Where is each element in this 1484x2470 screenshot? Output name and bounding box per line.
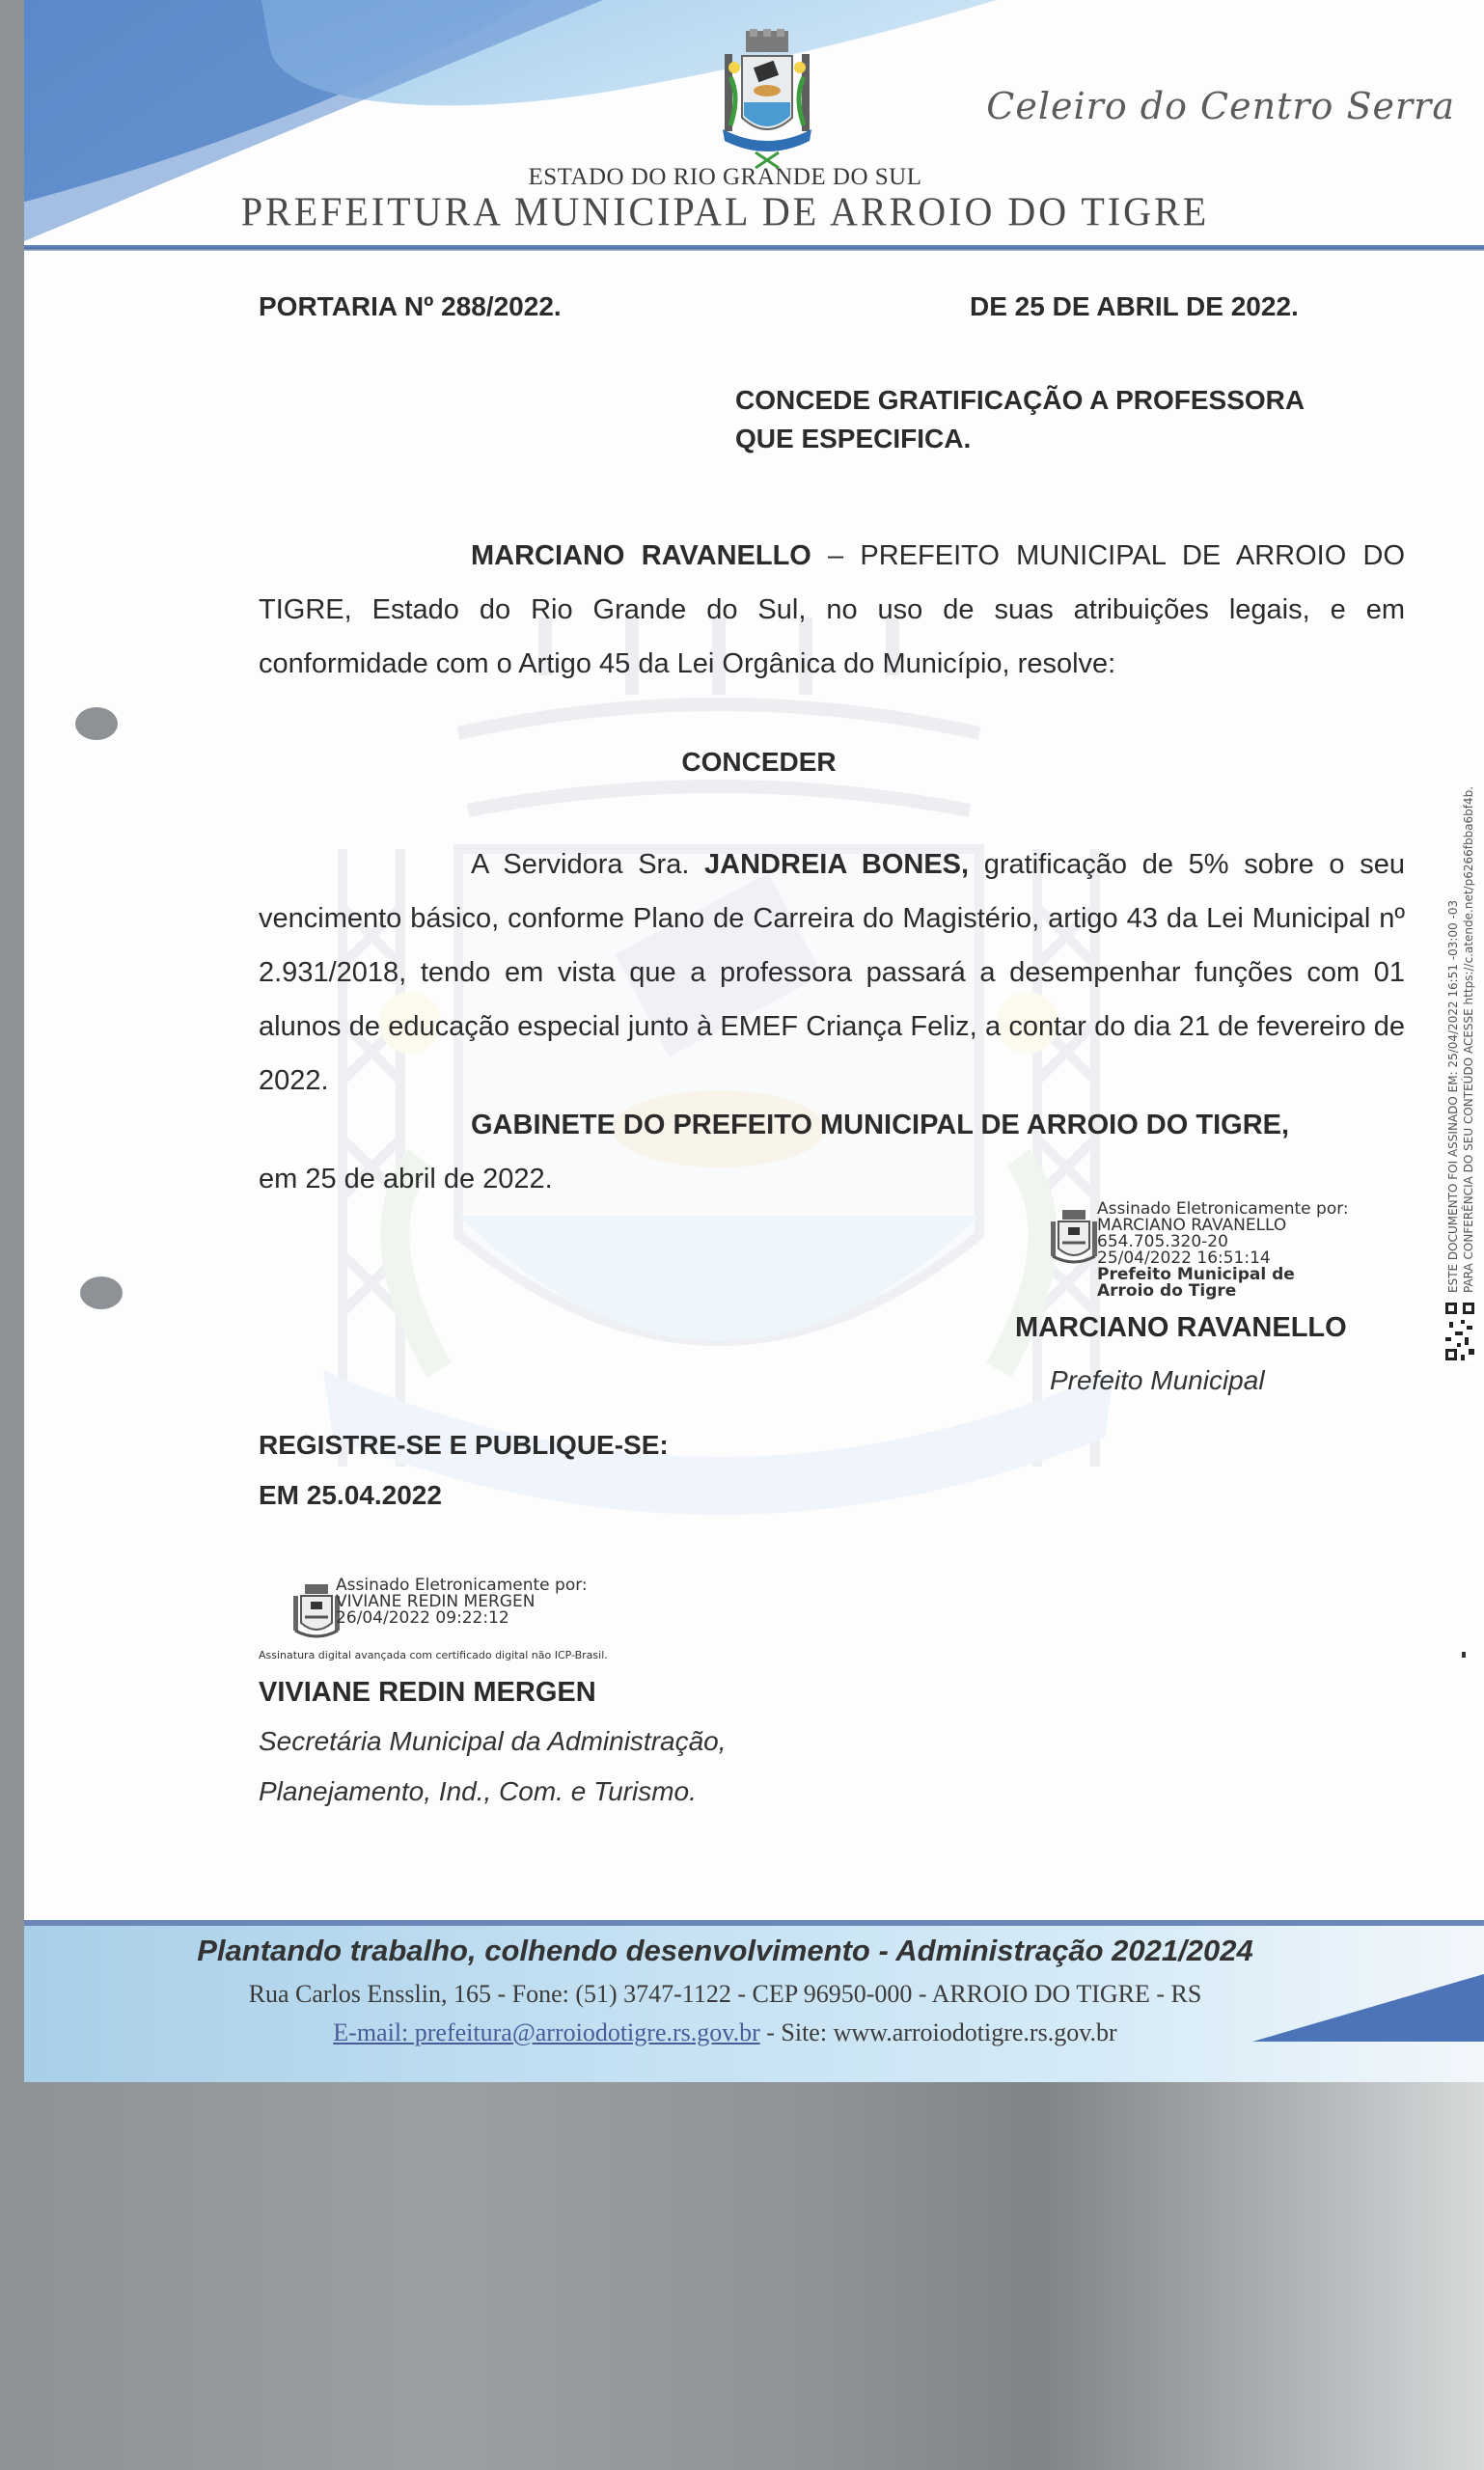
portaria-ementa: CONCEDE GRATIFICAÇÃO A PROFESSORA QUE ES…: [735, 381, 1411, 458]
closing-paragraph: GABINETE DO PREFEITO MUNICIPAL DE ARROIO…: [259, 1098, 1405, 1206]
registration-line-1: REGISTRE-SE E PUBLIQUE-SE:: [259, 1418, 669, 1472]
header-divider: [24, 245, 1484, 251]
qr-code-icon[interactable]: [1443, 1301, 1476, 1362]
article-text: gratificação de 5% sobre o seu venciment…: [259, 849, 1405, 1096]
ementa-line-1: CONCEDE GRATIFICAÇÃO A PROFESSORA: [735, 381, 1411, 420]
footer-email-link[interactable]: E-mail: prefeitura@arroiodotigre.rs.gov.…: [333, 2018, 759, 2046]
article-paragraph: A Servidora Sra. JANDREIA BONES, gratifi…: [259, 837, 1405, 1108]
secretary-esignature-stamp: Assinado Eletronicamente por: VIVIANE RE…: [336, 1578, 588, 1627]
footer-address: Rua Carlos Ensslin, 165 - Fone: (51) 374…: [24, 1980, 1484, 2009]
preamble-paragraph: MARCIANO RAVANELLO – PREFEITO MUNICIPAL …: [259, 529, 1405, 691]
preamble-text: – PREFEITO MUNICIPAL DE ARROIO DO TIGRE,…: [259, 540, 1405, 679]
municipal-motto: Celeiro do Centro Serra: [986, 85, 1455, 127]
mayor-signature-name: MARCIANO RAVANELLO: [1015, 1312, 1347, 1344]
binder-hole: [75, 707, 118, 740]
portaria-date: DE 25 DE ABRIL DE 2022.: [970, 280, 1299, 334]
binder-hole: [80, 1276, 123, 1309]
state-name: ESTADO DO RIO GRANDE DO SUL: [24, 164, 1484, 191]
secretary-role-line-1: Secretária Municipal da Administração,: [259, 1726, 727, 1757]
mayor-signature-role: Prefeito Municipal: [1050, 1365, 1265, 1396]
stamp-role-line-2: Arroio do Tigre: [1097, 1283, 1349, 1300]
preamble-mayor-name: MARCIANO RAVANELLO: [471, 540, 811, 571]
closing-office: GABINETE DO PREFEITO MUNICIPAL DE ARROIO…: [471, 1110, 1289, 1140]
document-page: Celeiro do Centro Serra ESTADO DO RIO GR…: [24, 0, 1484, 2082]
mayor-esignature-stamp: Assinado Eletronicamente por: MARCIANO R…: [1097, 1201, 1349, 1300]
closing-date: em 25 de abril de 2022.: [259, 1164, 553, 1194]
portaria-number: PORTARIA Nº 288/2022.: [259, 280, 562, 334]
institution-name: PREFEITURA MUNICIPAL DE ARROIO DO TIGRE: [24, 188, 1484, 235]
municipal-coat-of-arms-icon: [717, 29, 817, 169]
secretary-signature-name: VIVIANE REDIN MERGEN: [259, 1677, 596, 1709]
registration-line-2: EM 25.04.2022: [259, 1468, 442, 1523]
stamp-datetime: 26/04/2022 09:22:12: [336, 1610, 588, 1627]
verification-line-2[interactable]: PARA CONFERÊNCIA DO SEU CONTEÚDO ACESSE …: [1461, 666, 1476, 1293]
ementa-line-2: QUE ESPECIFICA.: [735, 420, 1411, 458]
verification-sidebar: ESTE DOCUMENTO FOI ASSINADO EM: 25/04/20…: [1440, 675, 1482, 1370]
beneficiary-name: JANDREIA BONES,: [704, 849, 969, 880]
verification-line-1: ESTE DOCUMENTO FOI ASSINADO EM: 25/04/20…: [1445, 666, 1461, 1293]
signature-seal-icon: [1047, 1208, 1101, 1266]
article-prefix: A Servidora Sra.: [471, 849, 704, 880]
resolution-verb: CONCEDER: [24, 735, 1484, 789]
certificate-note: Assinatura digital avançada com certific…: [259, 1650, 664, 1661]
footer-contact: E-mail: prefeitura@arroiodotigre.rs.gov.…: [24, 2018, 1484, 2047]
letterhead-footer: Plantando trabalho, colhendo desenvolvim…: [24, 1920, 1484, 2082]
scan-speck: [1462, 1652, 1466, 1658]
secretary-role-line-2: Planejamento, Ind., Com. e Turismo.: [259, 1776, 697, 1807]
footer-slogan: Plantando trabalho, colhendo desenvolvim…: [24, 1934, 1484, 1968]
footer-site: - Site: www.arroiodotigre.rs.gov.br: [760, 2018, 1117, 2046]
verification-text: ESTE DOCUMENTO FOI ASSINADO EM: 25/04/20…: [1445, 666, 1476, 1293]
